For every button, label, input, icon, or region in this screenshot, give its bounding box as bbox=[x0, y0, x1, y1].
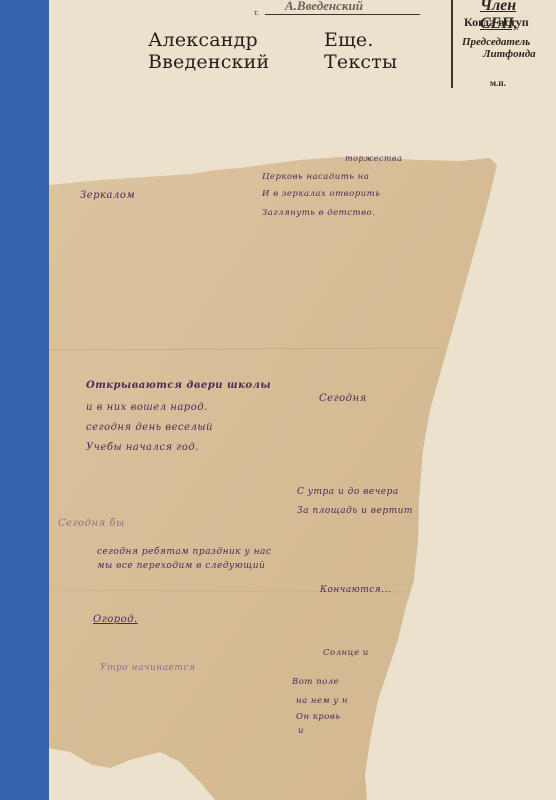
handwriting-bottom-right-2: Вот поле bbox=[292, 677, 339, 687]
handwriting-right-middle: Сегодня bbox=[319, 393, 367, 404]
handwriting-top-right-1: Церковь насадить на bbox=[262, 172, 369, 182]
handwriting-faint-left: Сегодня бы bbox=[58, 518, 125, 529]
handwriting-middle-2: мы все переходим в следующий bbox=[97, 561, 265, 571]
book-spine bbox=[0, 0, 49, 800]
handwriting-top-left: Зеркалом bbox=[80, 190, 135, 201]
handwriting-middle-1: сегодня ребятам праздник у нас bbox=[97, 547, 271, 557]
manuscript-heading: Огород. bbox=[93, 614, 138, 625]
handwriting-bottom-right-5: и bbox=[298, 726, 304, 736]
handwriting-bottom-right-3: на нем у н bbox=[296, 696, 348, 706]
poem-line-3: сегодня день веселый bbox=[86, 422, 213, 433]
handwriting-right-third: Кончаются... bbox=[320, 585, 391, 595]
handwriting-bottom-right-4: Он кровь bbox=[296, 712, 340, 722]
handwriting-top-right-2: И в зеркалах отворить bbox=[262, 189, 380, 199]
poem-line-1: Открываются двери школы bbox=[86, 380, 271, 391]
handwriting-top-right-3: Заглянуть в детство. bbox=[262, 208, 375, 218]
handwriting-bottom-right-1: Солнце и bbox=[323, 648, 369, 658]
poem-line-4: Учебы начался год. bbox=[86, 442, 199, 453]
handwriting-right-lower-2: За площадь и вертит bbox=[297, 506, 413, 516]
handwriting-top-right-0: торжества bbox=[345, 154, 402, 163]
handwriting-bottom-left: Утро начинается bbox=[100, 663, 195, 673]
poem-line-2: и в них вошел народ. bbox=[86, 402, 208, 413]
handwriting-right-lower-1: С утра и до вечера bbox=[297, 487, 399, 497]
